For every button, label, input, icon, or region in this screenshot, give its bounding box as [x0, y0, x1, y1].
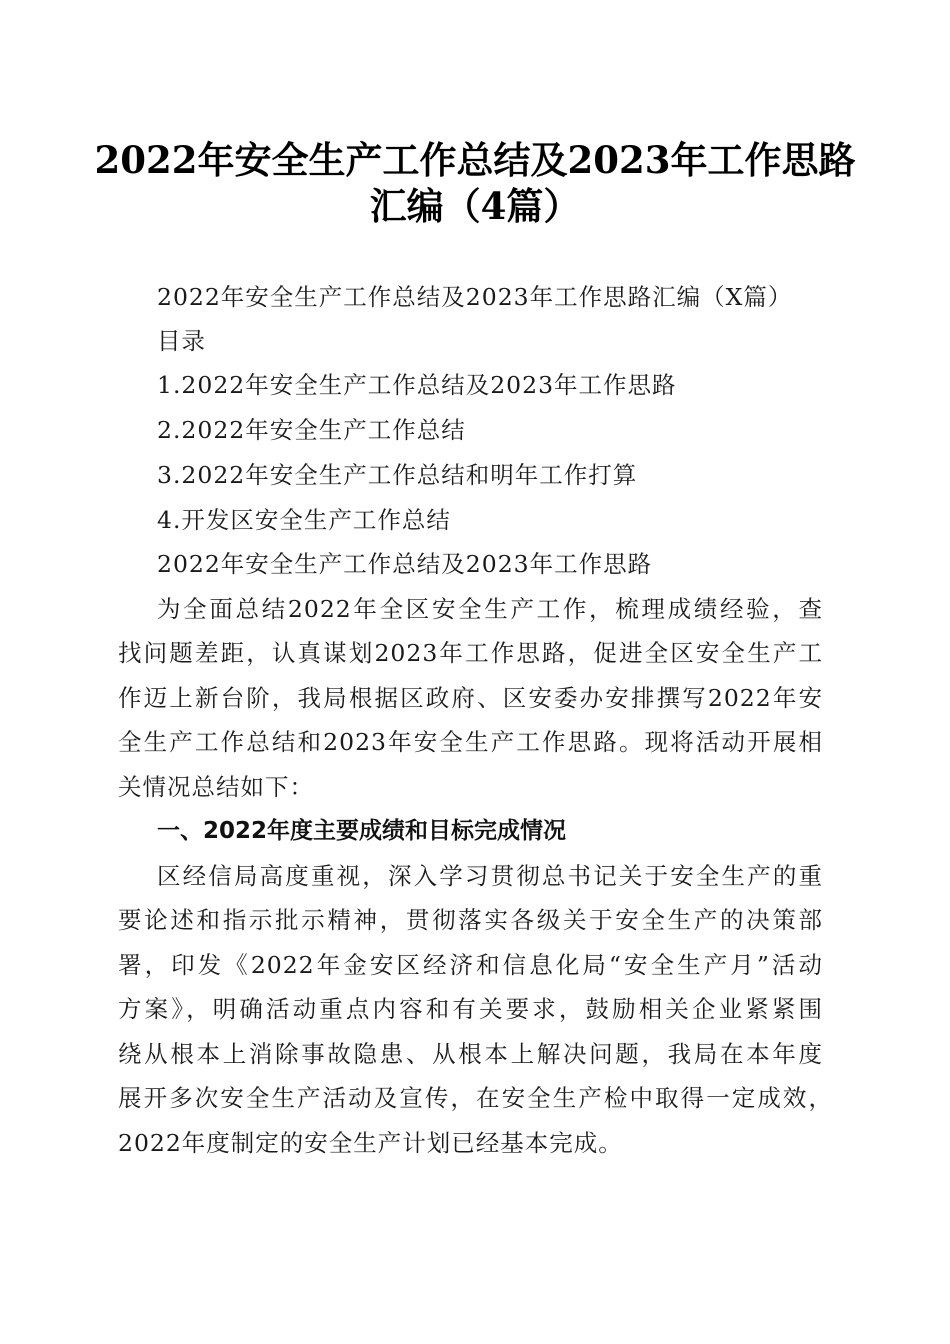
document-title-line-1: 2022年安全生产工作总结及2023年工作思路: [0, 138, 950, 182]
paragraph-1-line-1: 为全面总结2022年全区安全生产工作，梳理成绩经验，查: [157, 594, 823, 624]
section-1-line-4: 方案》，明确活动重点内容和有关要求，鼓励相关企业紧紧围: [118, 994, 823, 1024]
toc-item-4: 4.开发区安全生产工作总结: [157, 505, 451, 535]
paragraph-1-line-2: 找问题差距，认真谋划2023年工作思路，促进全区安全生产工: [118, 638, 823, 668]
paragraph-1-line-3: 作迈上新台阶，我局根据区政府、区安委办安排撰写2022年安: [118, 683, 823, 713]
section-1-line-3: 署，印发《2022年金安区经济和信息化局“安全生产月”活动: [118, 950, 823, 980]
section-1-line-2: 要论述和指示批示精神，贯彻落实各级关于安全生产的决策部: [118, 905, 823, 935]
document-page: 2022年安全生产工作总结及2023年工作思路 汇编（4篇） 2022年安全生产…: [0, 0, 950, 1344]
section-1-line-5: 绕从根本上消除事故隐患、从根本上解决问题，我局在本年度: [118, 1039, 823, 1069]
section-1-heading: 一、2022年度主要成绩和目标完成情况: [157, 816, 566, 846]
section-1-line-1: 区经信局高度重视，深入学习贯彻总书记关于安全生产的重: [157, 861, 823, 891]
section-1-line-7: 2022年度制定的安全生产计划已经基本完成。: [118, 1128, 623, 1158]
toc-item-1: 1.2022年安全生产工作总结及2023年工作思路: [157, 370, 677, 400]
section-1-line-6: 展开多次安全生产活动及宣传，在安全生产检中取得一定成效，: [118, 1083, 833, 1113]
toc-heading: 目录: [157, 326, 206, 356]
toc-item-3: 3.2022年安全生产工作总结和明年工作打算: [157, 460, 637, 490]
toc-item-2: 2.2022年安全生产工作总结: [157, 415, 466, 445]
paragraph-1-line-5: 关情况总结如下：: [118, 772, 314, 802]
paragraph-1-line-4: 全生产工作总结和2023年安全生产工作思路。现将活动开展相: [118, 727, 823, 757]
article-title: 2022年安全生产工作总结及2023年工作思路: [157, 549, 652, 579]
document-title-line-2: 汇编（4篇）: [0, 184, 950, 228]
intro-title: 2022年安全生产工作总结及2023年工作思路汇编（X篇）: [157, 282, 792, 312]
